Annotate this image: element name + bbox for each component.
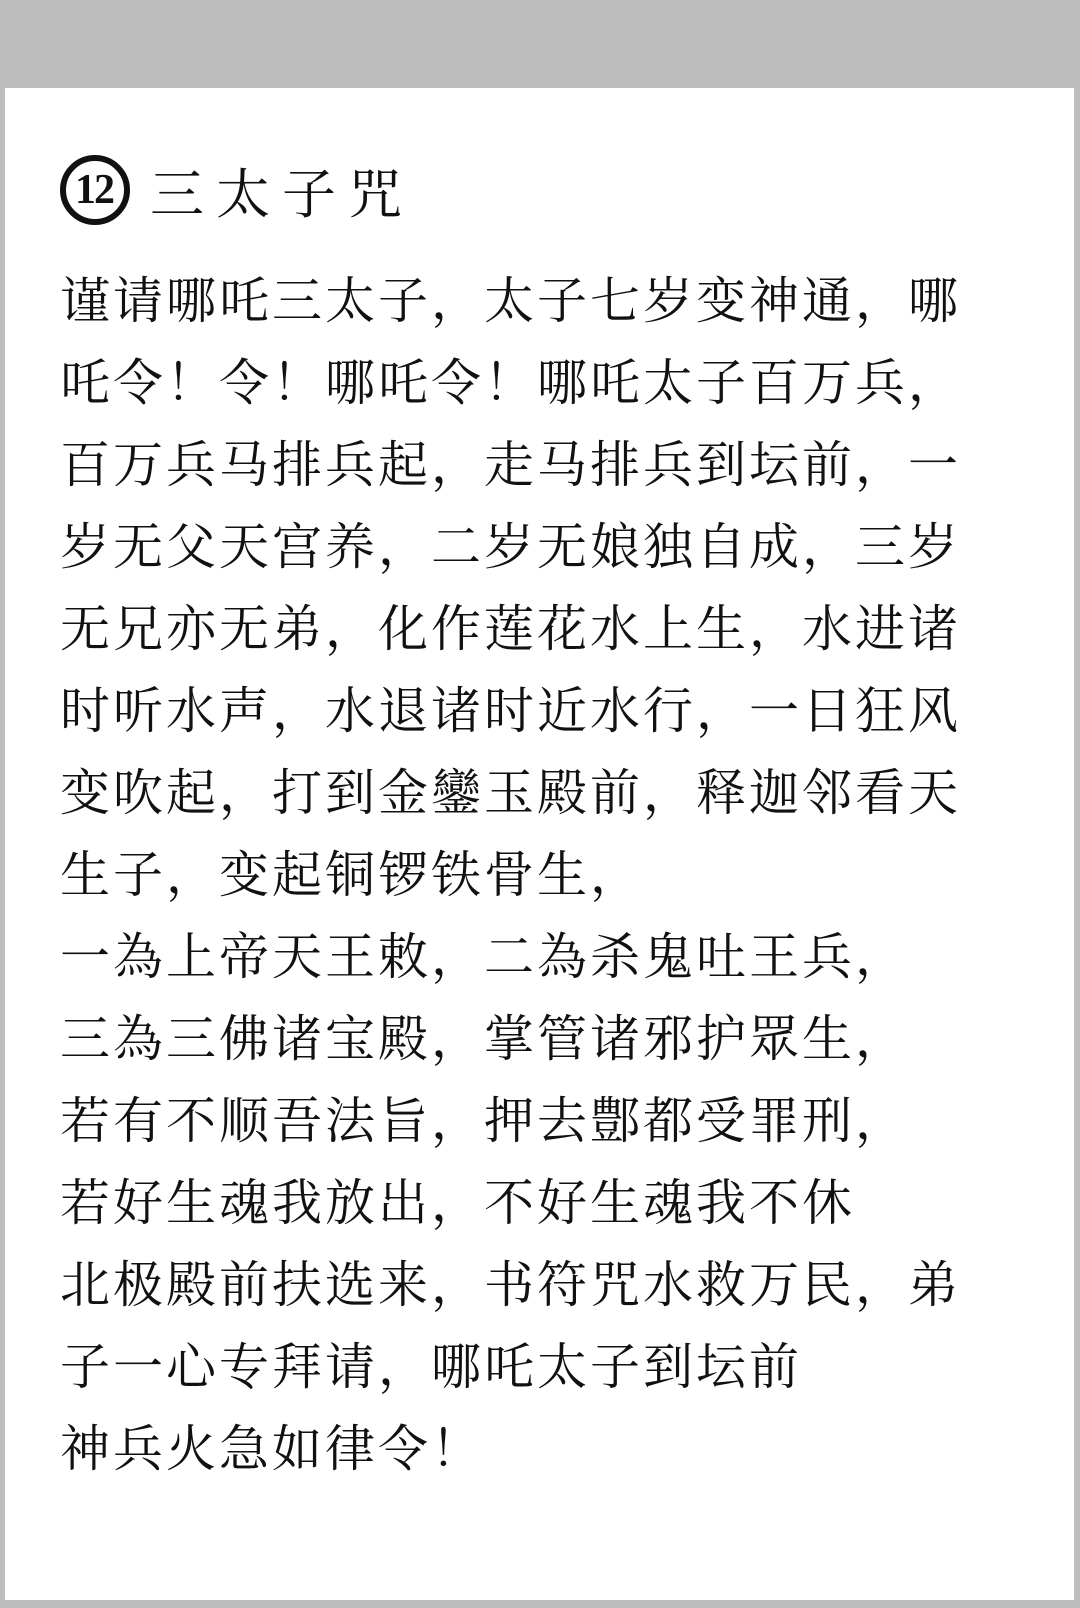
document-page: 12 三太子咒 谨请哪吒三太子，太子七岁变神通，哪 吒令！令！哪吒令！哪吒太子百…: [5, 88, 1074, 1600]
text-line: 若好生魂我放出，不好生魂我不休: [60, 1162, 1019, 1244]
text-line: 无兄亦无弟，化作莲花水上生，水进诸: [60, 588, 1019, 670]
text-line: 一為上帝天王敕，二為杀鬼吐王兵，: [60, 916, 1019, 998]
text-line: 吒令！令！哪吒令！哪吒太子百万兵，: [60, 342, 1019, 424]
document-viewer-background: 12 三太子咒 谨请哪吒三太子，太子七岁变神通，哪 吒令！令！哪吒令！哪吒太子百…: [0, 0, 1080, 1608]
section-number-badge: 12: [60, 155, 130, 225]
text-line: 百万兵马排兵起，走马排兵到坛前，一: [60, 424, 1019, 506]
text-line: 生子，变起铜锣铁骨生，: [60, 834, 1019, 916]
text-line: 北极殿前扶选来，书符咒水救万民，弟: [60, 1244, 1019, 1326]
text-line: 时听水声，水退诸时近水行，一日狂风: [60, 670, 1019, 752]
page-title: 三太子咒: [150, 152, 414, 229]
text-line: 若有不顺吾法旨，押去鄷都受罪刑，: [60, 1080, 1019, 1162]
section-title: 12 三太子咒: [60, 150, 1019, 230]
text-line: 神兵火急如律令！: [60, 1408, 1019, 1490]
text-line: 三為三佛诸宝殿，掌管诸邪护眾生，: [60, 998, 1019, 1080]
text-line: 变吹起，打到金鑾玉殿前，释迦邻看天: [60, 752, 1019, 834]
text-body: 谨请哪吒三太子，太子七岁变神通，哪 吒令！令！哪吒令！哪吒太子百万兵， 百万兵马…: [60, 260, 1019, 1490]
text-line: 谨请哪吒三太子，太子七岁变神通，哪: [60, 260, 1019, 342]
text-line: 岁无父天宫养，二岁无娘独自成，三岁: [60, 506, 1019, 588]
text-line: 子一心专拜请，哪吒太子到坛前: [60, 1326, 1019, 1408]
